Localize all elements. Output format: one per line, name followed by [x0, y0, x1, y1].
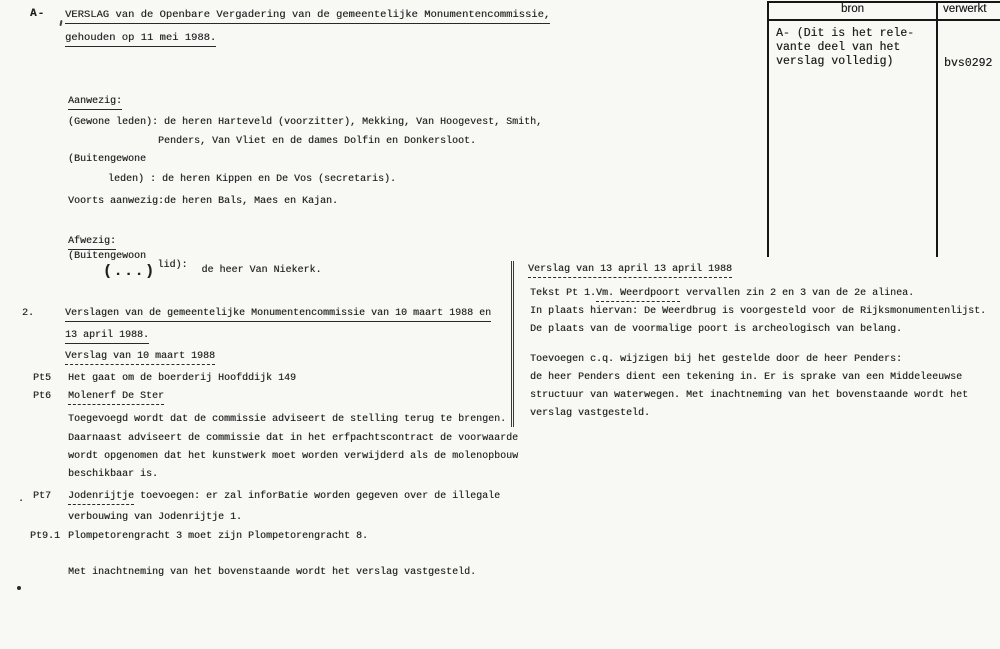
item-marker: A- — [30, 8, 45, 20]
afwezig-line2: (...)lid):de heer Van Niekerk. — [103, 263, 322, 277]
scanned-document-page: A- VERSLAG van de Openbare Vergadering v… — [0, 0, 1000, 649]
pt5-label: Pt5 — [33, 373, 51, 385]
table-header-bron: bron — [841, 3, 864, 15]
pt6-paragraph-line: beschikbaar is. — [68, 469, 158, 481]
buitengewone-leden-line2: leden) : de heren Kippen en De Vos (secr… — [108, 174, 396, 186]
pt7-text-line2: verbouwing van Jodenrijtje 1. — [68, 512, 242, 524]
pt7-premark: . — [18, 494, 24, 506]
aanwezig-heading: Aanwezig: — [68, 96, 122, 108]
source-note-line: A- (Dit is het rele- — [776, 27, 914, 42]
gewone-leden-line1: (Gewone leden): de heren Harteveld (voor… — [68, 117, 542, 129]
source-note-line: vante deel van het — [776, 41, 900, 56]
pt6-paragraph-line: wordt opgenomen dat het kunstwerk moet w… — [68, 451, 518, 463]
penders-paragraph-line: Toevoegen c.q. wijzigen bij het gestelde… — [530, 354, 902, 366]
section2-closing-line: Met inachtneming van het bovenstaande wo… — [68, 567, 476, 579]
penders-paragraph-line: structuur van waterwegen. Met inachtnemi… — [530, 390, 968, 402]
voorts-aanwezig-line: Voorts aanwezig:de heren Bals, Maes en K… — [68, 196, 338, 208]
table-header-rule — [767, 19, 1000, 21]
pt91-label: Pt9.1 — [30, 531, 60, 543]
poort-line: De plaats van de voormalige poort is arc… — [530, 324, 902, 336]
doc-title-line2: gehouden op 11 mei 1988. — [65, 32, 216, 44]
section2-heading-line2: 13 april 1988. — [65, 330, 149, 342]
afwezig-line1: (Buitengewoon — [68, 251, 146, 263]
tekst-pt1-line: Tekst Pt 1.Vm. Weerdpoort vervallen zin … — [530, 288, 914, 300]
penders-paragraph-line: de heer Penders dient een tekening in. E… — [530, 372, 962, 384]
section2-number: 2. — [22, 308, 34, 320]
penders-paragraph-line: verslag vastgesteld. — [530, 408, 650, 420]
buitengewone-leden-line1: (Buitengewone — [68, 154, 146, 166]
margin-double-rule — [511, 261, 514, 427]
table-header-verwerkt: verwerkt — [943, 3, 986, 15]
pt5-text: Het gaat om de boerderij Hoofddijk 149 — [68, 373, 296, 385]
pt7-label: Pt7 — [33, 491, 51, 503]
pt7-text-line1: Jodenrijtje toevoegen: er zal inforBatie… — [68, 491, 500, 503]
doc-title-line1: VERSLAG van de Openbare Vergadering van … — [65, 9, 550, 21]
gewone-leden-line2: Penders, Van Vliet en de dames Dolfin en… — [158, 136, 476, 148]
scan-artifact-tick — [59, 20, 62, 26]
scan-speck — [17, 586, 21, 590]
pt6-paragraph-line: Daarnaast adviseert de commissie dat in … — [68, 433, 518, 445]
table-column-divider — [936, 1, 938, 257]
weerdbrug-line: In plaats hiervan: De Weerdbrug is voorg… — [530, 306, 986, 318]
table-left-border — [767, 1, 769, 257]
pt6-paragraph-line: Toegevoegd wordt dat de commissie advise… — [68, 414, 506, 426]
processed-code: bvs0292 — [944, 57, 992, 72]
afwezig-heading: Afwezig: — [68, 236, 116, 248]
pt6-label: Pt6 — [33, 391, 51, 403]
verslag-10-maart-subheading: Verslag van 10 maart 1988 — [65, 351, 215, 363]
pt91-text: Plompetorengracht 3 moet zijn Plompetore… — [68, 531, 368, 543]
section2-heading-line1: Verslagen van de gemeentelijke Monumente… — [65, 308, 491, 320]
handwritten-correction: (...) — [103, 263, 156, 280]
pt6-text: Molenerf De Ster — [68, 391, 164, 403]
source-note-line: verslag volledig) — [776, 55, 893, 70]
verslag-13-april-heading: Verslag van 13 april 13 april 1988 — [528, 264, 732, 276]
